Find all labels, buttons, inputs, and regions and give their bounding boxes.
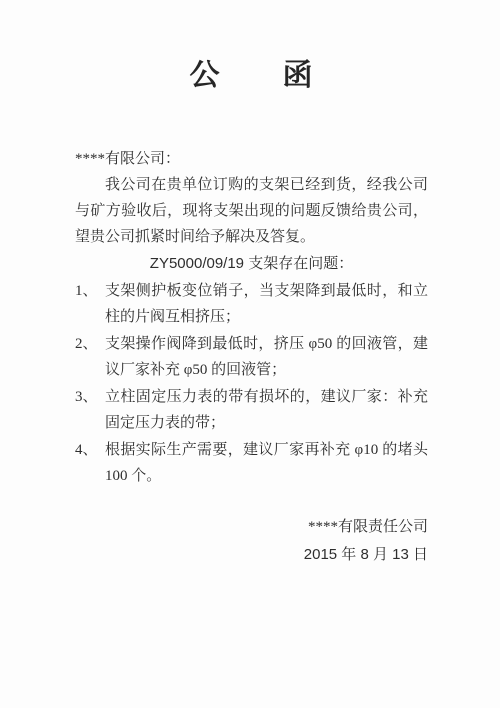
- issue-item-4: 4、 根据实际生产需要，建议厂家再补充 φ10 的堵头 100 个。: [75, 437, 428, 489]
- issue-list: 1、 支架侧护板变位销子，当支架降到最低时，和立柱的片阀互相挤压； 2、 支架操…: [75, 278, 428, 489]
- issue-item-1: 1、 支架侧护板变位销子，当支架降到最低时，和立柱的片阀互相挤压；: [75, 278, 428, 330]
- issue-item-3: 3、 立柱固定压力表的带有损坏的，建议厂家：补充固定压力表的带；: [75, 384, 428, 436]
- signature-block: ****有限责任公司 2015 年 8 月 13 日: [75, 513, 428, 569]
- issue-text: 根据实际生产需要，建议厂家再补充 φ10 的堵头 100 个。: [105, 437, 428, 489]
- intro-paragraph: 我公司在贵单位订购的支架已经到货，经我公司与矿方验收后，现将支架出现的问题反馈给…: [75, 172, 428, 250]
- issue-number: 2、: [75, 331, 105, 383]
- signature-date: 2015 年 8 月 13 日: [75, 541, 428, 569]
- issue-item-2: 2、 支架操作阀降到最低时，挤压 φ50 的回液管，建议厂家补充 φ50 的回液…: [75, 331, 428, 383]
- signature-company: ****有限责任公司: [75, 513, 428, 541]
- issue-number: 1、: [75, 278, 105, 330]
- issue-text: 支架操作阀降到最低时，挤压 φ50 的回液管，建议厂家补充 φ50 的回液管；: [105, 331, 428, 383]
- issue-text: 立柱固定压力表的带有损坏的，建议厂家：补充固定压力表的带；: [105, 384, 428, 436]
- issue-text: 支架侧护板变位销子，当支架降到最低时，和立柱的片阀互相挤压；: [105, 278, 428, 330]
- subject-line: ZY5000/09/19 支架存在问题：: [75, 250, 428, 277]
- issue-number: 4、: [75, 437, 105, 489]
- issue-number: 3、: [75, 384, 105, 436]
- document-page: 公 函 ****有限公司： 我公司在贵单位订购的支架已经到货，经我公司与矿方验收…: [0, 0, 500, 708]
- document-title: 公 函: [75, 56, 428, 96]
- salutation: ****有限公司：: [75, 146, 428, 172]
